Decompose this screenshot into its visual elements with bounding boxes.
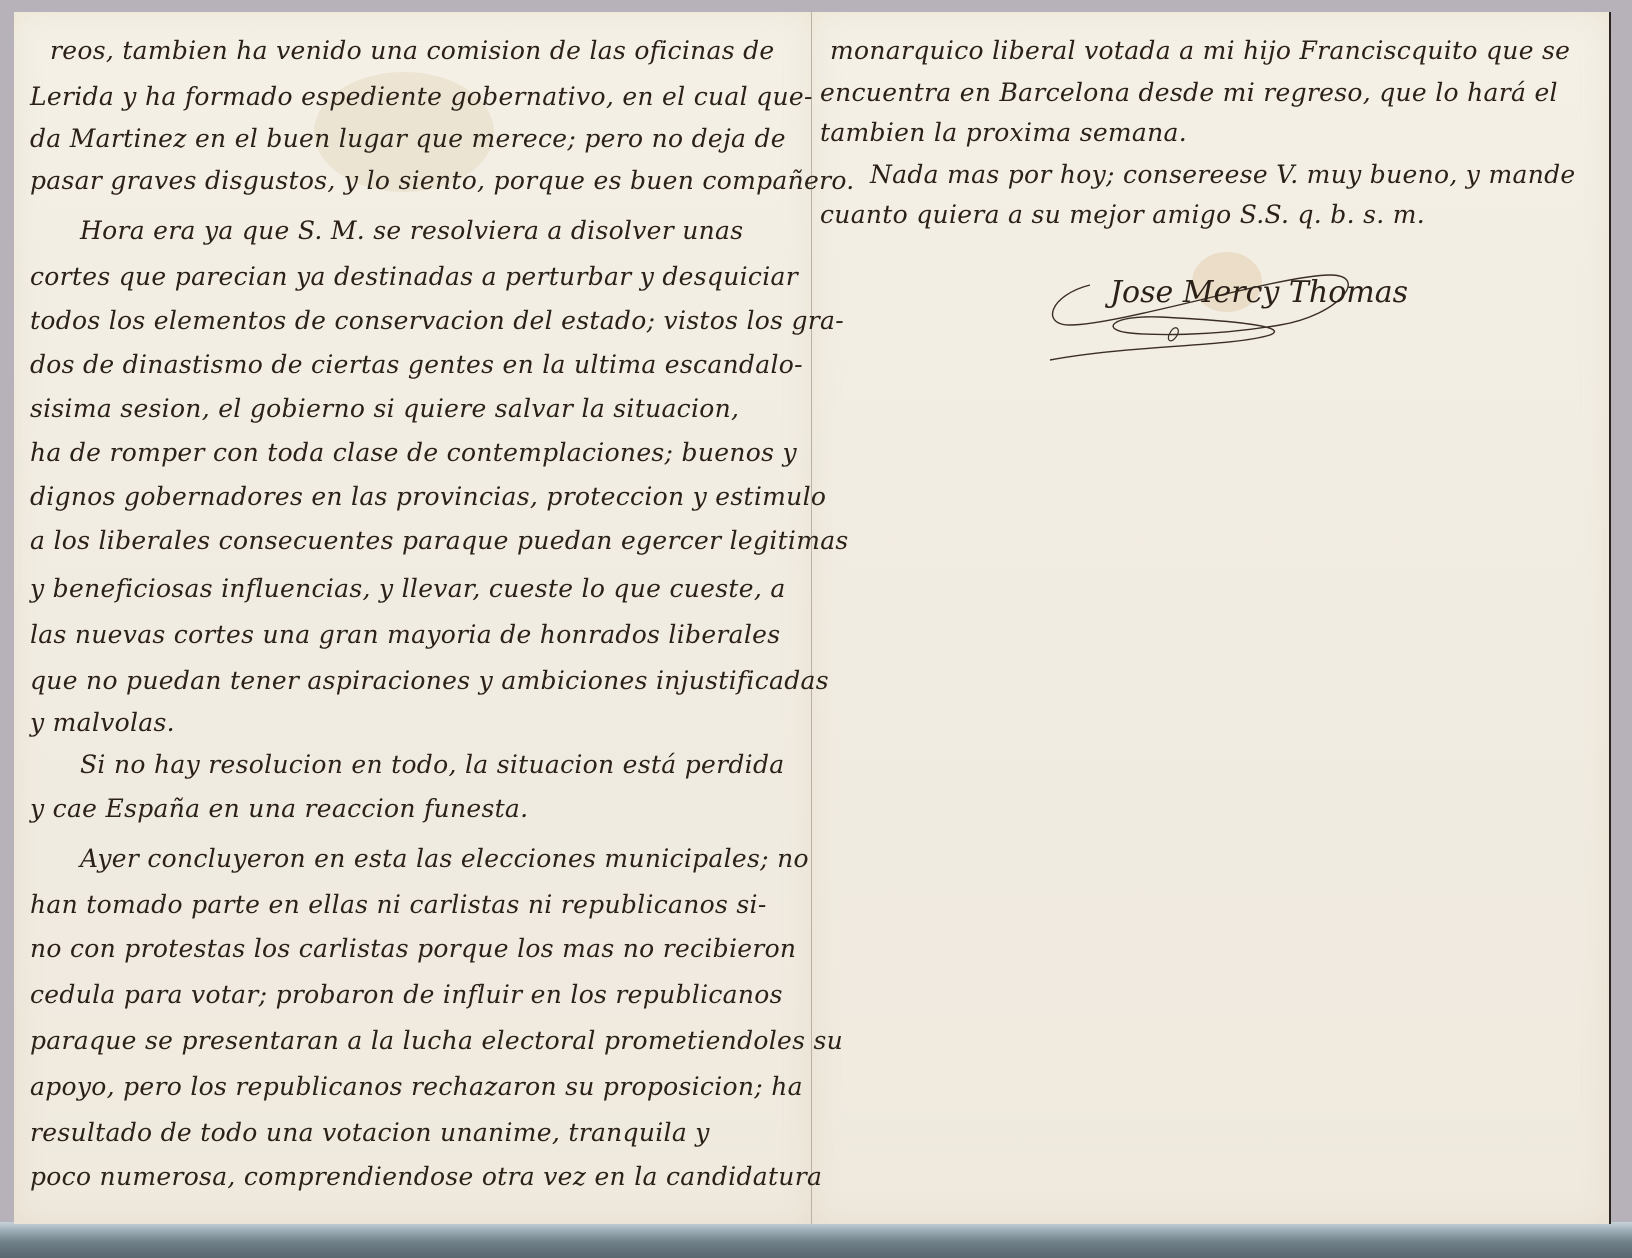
text-line: cortes que parecian ya destinadas a pert… [30,262,798,291]
text-line: y cae España en una reaccion funesta. [30,794,528,823]
text-line: todos los elementos de conservacion del … [30,306,844,335]
text-line: que no puedan tener aspiraciones y ambic… [30,666,829,695]
text-line: dos de dinastismo de ciertas gentes en l… [30,350,803,379]
text-line: cedula para votar; probaron de influir e… [30,980,783,1009]
text-line: ha de romper con toda clase de contempla… [30,438,797,467]
right-page [812,12,1611,1224]
text-line: las nuevas cortes una gran mayoria de ho… [30,620,780,649]
text-line: y malvolas. [30,708,175,737]
text-line: tambien la proxima semana. [820,118,1187,147]
text-line: Nada mas por hoy; consereese V. muy buen… [870,160,1576,189]
text-line: paraque se presentaran a la lucha electo… [30,1026,843,1055]
text-line: monarquico liberal votada a mi hijo Fran… [830,36,1570,65]
signature-flourish-icon [1030,255,1370,365]
text-line: apoyo, pero los republicanos rechazaron … [30,1072,803,1101]
text-line: cuanto quiera a su mejor amigo S.S. q. b… [820,200,1425,229]
text-line: y beneficiosas influencias, y llevar, cu… [30,574,786,603]
text-line: sisima sesion, el gobierno si quiere sal… [30,394,739,423]
bottom-strip [0,1222,1632,1258]
text-line: da Martinez en el buen lugar que merece;… [30,124,786,153]
signature-name: Jose Mercy Thomas [1110,275,1408,310]
text-line: poco numerosa, comprendiendose otra vez … [30,1162,822,1191]
text-line: dignos gobernadores en las provincias, p… [30,482,826,511]
text-line: a los liberales consecuentes paraque pue… [30,526,849,555]
text-line: Lerida y ha formado espediente gobernati… [30,82,813,111]
text-line: encuentra en Barcelona desde mi regreso,… [820,78,1558,107]
text-line: han tomado parte en ellas ni carlistas n… [30,890,767,919]
text-line: resultado de todo una votacion unanime, … [30,1118,710,1147]
text-line: Ayer concluyeron en esta las elecciones … [80,844,809,873]
signature: Jose Mercy Thomas [1030,255,1370,365]
text-line: pasar graves disgustos, y lo siento, por… [30,166,855,195]
text-line: Si no hay resolucion en todo, la situaci… [80,750,784,779]
text-line: reos, tambien ha venido una comision de … [50,36,775,65]
text-line: no con protestas los carlistas porque lo… [30,934,796,963]
text-line: Hora era ya que S. M. se resolviera a di… [80,216,743,245]
